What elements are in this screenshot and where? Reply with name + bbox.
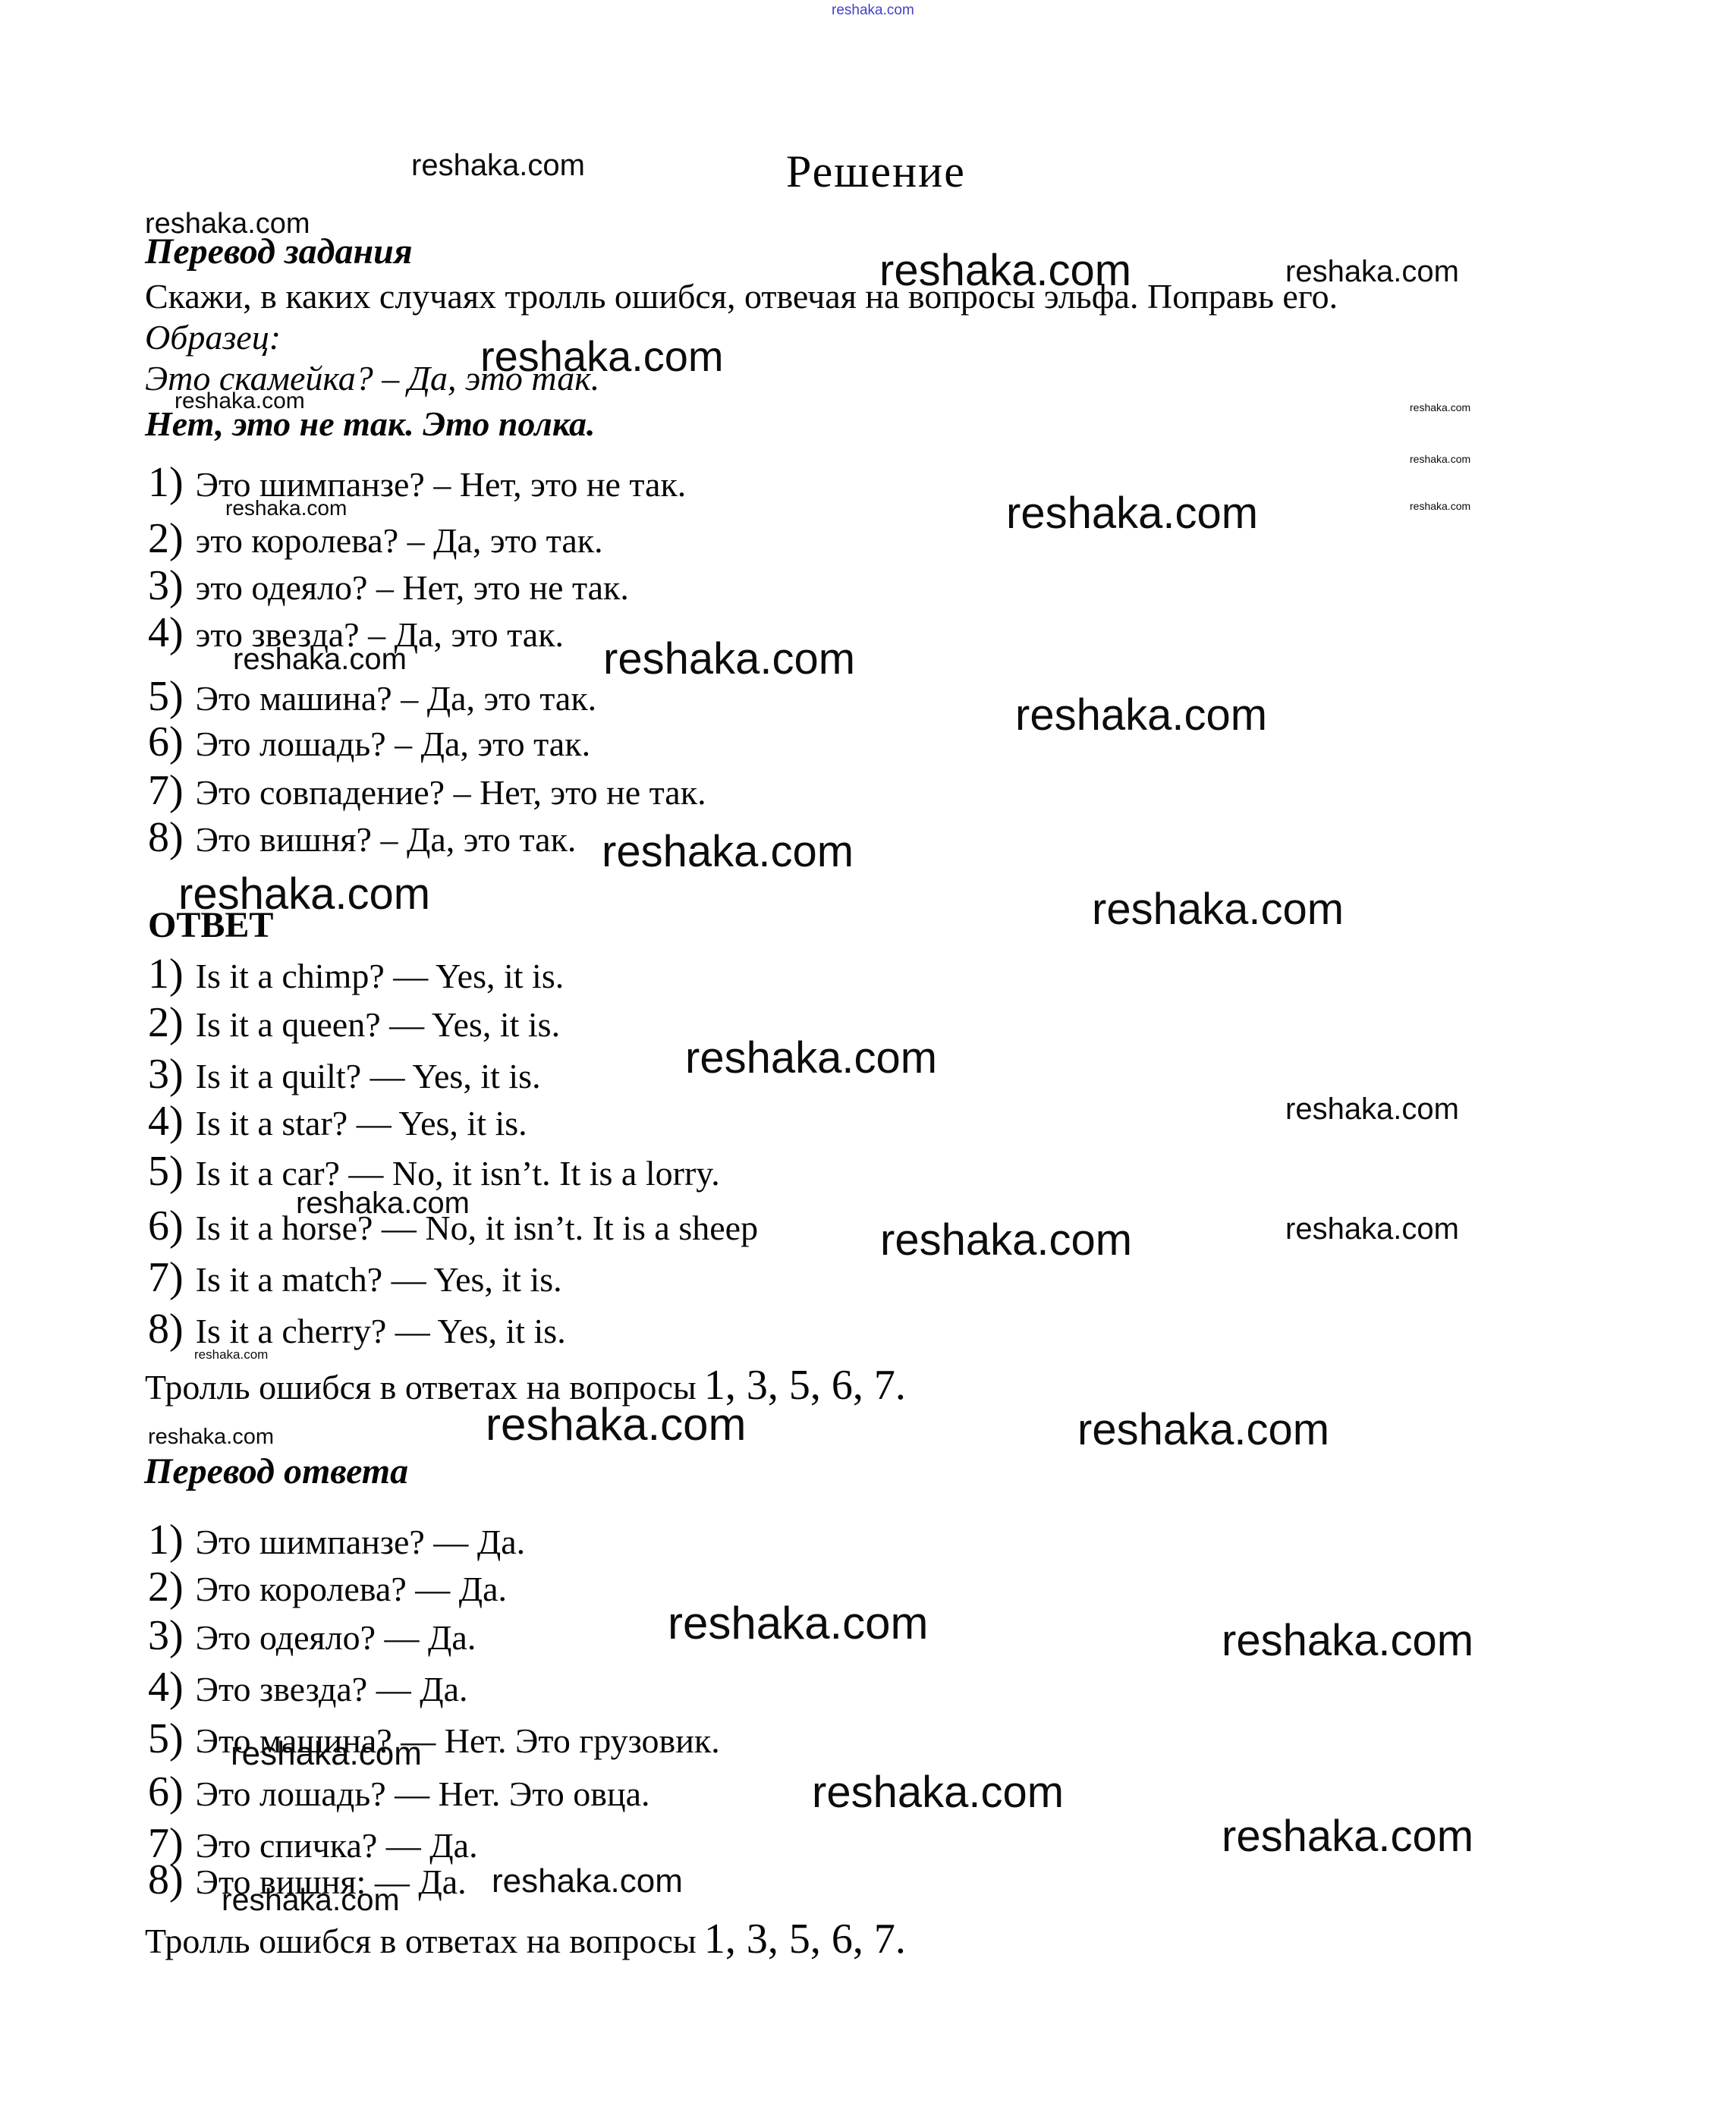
item-number: 4) bbox=[148, 1664, 184, 1711]
watermark: reshaka.com bbox=[880, 1218, 1132, 1262]
item-text: Is it a horse? — No, it isn’t. It is a s… bbox=[196, 1209, 758, 1247]
task-item-4: 4)это звезда? – Да, это так. bbox=[148, 611, 564, 654]
item-number: 5) bbox=[148, 1148, 184, 1195]
item-text: Is it a queen? — Yes, it is. bbox=[196, 1005, 560, 1044]
item-number: 3) bbox=[148, 562, 184, 609]
answer-heading: ОТВЕТ bbox=[148, 907, 273, 944]
translation-item-8: 8)Это вишня: — Да. bbox=[148, 1859, 467, 1901]
watermark: reshaka.com bbox=[685, 1036, 937, 1080]
task-item-7: 7)Это совпадение? – Нет, это не так. bbox=[148, 769, 706, 812]
watermark: reshaka.com bbox=[148, 1426, 274, 1448]
translation-conclusion: Тролль ошибся в ответах на вопросы1, 3, … bbox=[145, 1918, 906, 1960]
watermark: reshaka.com bbox=[1222, 1815, 1473, 1859]
watermark: reshaka.com bbox=[1410, 501, 1470, 511]
item-text: Это лошадь? – Да, это так. bbox=[196, 724, 590, 763]
watermark: reshaka.com bbox=[1222, 1619, 1473, 1663]
item-text: Это машина? — Нет. Это грузовик. bbox=[196, 1721, 720, 1760]
watermark: reshaka.com bbox=[1006, 492, 1258, 536]
item-text: Это вишня? – Да, это так. bbox=[196, 820, 577, 859]
translation-item-1: 1)Это шимпанзе? — Да. bbox=[148, 1519, 525, 1561]
watermark: reshaka.com bbox=[1015, 693, 1267, 737]
answer-item-1: 1)Is it a chimp? — Yes, it is. bbox=[148, 953, 564, 995]
watermark: reshaka.com bbox=[1077, 1408, 1329, 1452]
watermark: reshaka.com bbox=[668, 1601, 928, 1646]
item-number: 4) bbox=[148, 1098, 184, 1145]
watermark: reshaka.com bbox=[1092, 888, 1344, 932]
conclusion-numbers: 1, 3, 5, 6, 7. bbox=[704, 1916, 906, 1963]
item-number: 6) bbox=[148, 1768, 184, 1815]
sample-label: Образец: bbox=[145, 320, 281, 355]
item-text: Это одеяло? — Да. bbox=[196, 1618, 476, 1657]
task-translation-heading: Перевод задания bbox=[145, 234, 413, 270]
item-text: Is it a quilt? — Yes, it is. bbox=[196, 1057, 541, 1095]
conclusion-numbers: 1, 3, 5, 6, 7. bbox=[704, 1362, 906, 1409]
watermark: reshaka.com bbox=[486, 1402, 746, 1447]
answer-item-2: 2)Is it a queen? — Yes, it is. bbox=[148, 1001, 560, 1044]
translation-item-3: 3)Это одеяло? — Да. bbox=[148, 1614, 476, 1657]
item-text: это одеяло? – Нет, это не так. bbox=[196, 568, 629, 607]
answer-item-5: 5)Is it a car? — No, it isn’t. It is a l… bbox=[148, 1150, 720, 1193]
watermark: reshaka.com bbox=[812, 1771, 1064, 1815]
answer-item-8: 8)Is it a cherry? — Yes, it is. bbox=[148, 1308, 566, 1350]
task-item-2: 2)это королева? – Да, это так. bbox=[148, 517, 603, 560]
watermark: reshaka.com bbox=[602, 830, 854, 874]
item-number: 4) bbox=[148, 609, 184, 656]
answer-translation-heading: Перевод ответа bbox=[144, 1454, 408, 1490]
item-text: Это совпадение? – Нет, это не так. bbox=[196, 773, 706, 812]
item-number: 1) bbox=[148, 1517, 184, 1564]
item-text: Это шимпанзе? – Нет, это не так. bbox=[196, 465, 687, 504]
item-number: 5) bbox=[148, 1715, 184, 1762]
watermark: reshaka.com bbox=[832, 3, 914, 17]
answer-item-6: 6)Is it a horse? — No, it isn’t. It is a… bbox=[148, 1205, 758, 1247]
item-number: 8) bbox=[148, 1306, 184, 1353]
task-item-5: 5)Это машина? – Да, это так. bbox=[148, 675, 596, 718]
task-item-3: 3)это одеяло? – Нет, это не так. bbox=[148, 564, 629, 607]
page-title: Решение bbox=[786, 149, 966, 194]
item-number: 7) bbox=[148, 1254, 184, 1301]
watermark: reshaka.com bbox=[603, 637, 855, 681]
task-item-8: 8)Это вишня? – Да, это так. bbox=[148, 816, 576, 859]
item-number: 6) bbox=[148, 1202, 184, 1249]
task-item-1: 1)Это шимпанзе? – Нет, это не так. bbox=[148, 461, 686, 504]
item-text: Is it a car? — No, it isn’t. It is a lor… bbox=[196, 1154, 720, 1193]
answer-item-7: 7)Is it a match? — Yes, it is. bbox=[148, 1256, 562, 1299]
item-text: Is it a star? — Yes, it is. bbox=[196, 1104, 527, 1143]
sample-line-2: Нет, это не так. Это полка. bbox=[145, 407, 596, 442]
answer-item-4: 4)Is it a star? — Yes, it is. bbox=[148, 1100, 527, 1143]
item-text: это звезда? – Да, это так. bbox=[196, 615, 564, 654]
item-number: 7) bbox=[148, 767, 184, 814]
item-number: 5) bbox=[148, 673, 184, 720]
item-text: Это лошадь? — Нет. Это овца. bbox=[196, 1774, 650, 1813]
watermark: reshaka.com bbox=[1285, 1094, 1459, 1124]
item-number: 8) bbox=[148, 1856, 184, 1903]
translation-item-4: 4)Это звезда? — Да. bbox=[148, 1666, 468, 1708]
watermark: reshaka.com bbox=[411, 150, 585, 181]
item-number: 8) bbox=[148, 814, 184, 861]
item-number: 6) bbox=[148, 718, 184, 765]
watermark: reshaka.com bbox=[1410, 402, 1470, 413]
item-number: 3) bbox=[148, 1051, 184, 1098]
item-text: Это машина? – Да, это так. bbox=[196, 679, 597, 718]
item-text: это королева? – Да, это так. bbox=[196, 521, 603, 560]
item-number: 3) bbox=[148, 1612, 184, 1659]
item-number: 1) bbox=[148, 951, 184, 998]
answer-conclusion: Тролль ошибся в ответах на вопросы1, 3, … bbox=[145, 1364, 906, 1407]
conclusion-text: Тролль ошибся в ответах на вопросы bbox=[145, 1368, 697, 1407]
item-text: Is it a match? — Yes, it is. bbox=[196, 1260, 562, 1299]
task-item-6: 6)Это лошадь? – Да, это так. bbox=[148, 721, 590, 763]
item-number: 2) bbox=[148, 999, 184, 1046]
conclusion-text: Тролль ошибся в ответах на вопросы bbox=[145, 1922, 697, 1960]
solution-page: reshaka.com reshaka.com reshaka.com resh… bbox=[0, 0, 1736, 2109]
item-text: Это вишня: — Да. bbox=[196, 1862, 467, 1901]
watermark: reshaka.com bbox=[1410, 454, 1470, 464]
translation-item-6: 6)Это лошадь? — Нет. Это овца. bbox=[148, 1771, 650, 1813]
watermark: reshaka.com bbox=[1285, 1214, 1459, 1244]
answer-item-3: 3)Is it a quilt? — Yes, it is. bbox=[148, 1053, 541, 1095]
item-text: Is it a cherry? — Yes, it is. bbox=[196, 1312, 566, 1350]
sample-line-1: Это скамейка? – Да, это так. bbox=[145, 361, 599, 396]
translation-item-5: 5)Это машина? — Нет. Это грузовик. bbox=[148, 1718, 720, 1760]
item-text: Is it a chimp? — Yes, it is. bbox=[196, 957, 565, 995]
item-text: Это королева? — Да. bbox=[196, 1570, 507, 1608]
item-number: 2) bbox=[148, 515, 184, 562]
task-intro: Скажи, в каких случаях тролль ошибся, от… bbox=[145, 279, 1338, 314]
item-number: 2) bbox=[148, 1564, 184, 1611]
watermark: reshaka.com bbox=[492, 1865, 683, 1898]
translation-item-2: 2)Это королева? — Да. bbox=[148, 1566, 507, 1608]
item-number: 1) bbox=[148, 459, 184, 506]
item-text: Это шимпанзе? — Да. bbox=[196, 1523, 525, 1561]
item-text: Это звезда? — Да. bbox=[196, 1670, 468, 1708]
